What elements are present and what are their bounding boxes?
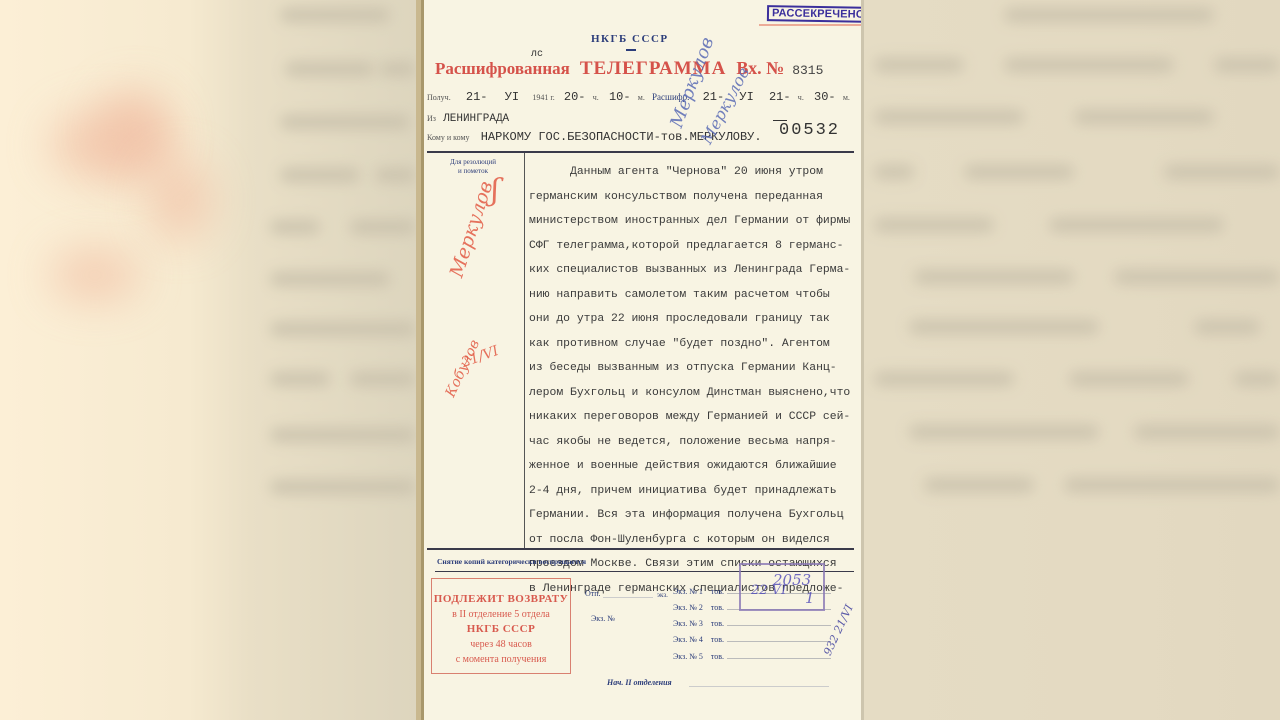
agency-header: НКГБ СССР <box>591 33 669 45</box>
body-line: ких специалистов вызванных из Ленинграда… <box>529 258 864 283</box>
blurred-text-line <box>874 218 994 232</box>
department-chief-label: Нач. II отделения <box>607 678 672 687</box>
copy-prohibited-notice: Снятие копий категорически воспрещается <box>437 557 586 566</box>
blurred-text-line <box>350 220 416 234</box>
blurred-text-line <box>1134 425 1280 439</box>
blurred-text-line <box>874 372 1014 386</box>
blurred-background-left <box>0 0 416 720</box>
body-line: лером Бухгольц и консулом Динстман выясн… <box>529 381 864 406</box>
copy-label: Экз. № 3 <box>673 619 703 628</box>
printed-copies-label: экз. <box>657 591 668 599</box>
blurred-text-line <box>964 165 1074 179</box>
signature-line <box>689 686 829 687</box>
resolution-margin: Для резолюций и пометок Меркулов ʃ Кобул… <box>421 153 525 548</box>
return-stamp-line: НКГБ СССР <box>432 622 570 637</box>
body-line: Германии. Вся эта информация получена Бу… <box>529 503 864 528</box>
red-handwritten-resolution: Меркулов <box>446 188 495 280</box>
blurred-text-line <box>270 372 330 386</box>
from-value: ЛЕНИНГРАДА <box>443 113 509 125</box>
hour-label: ч. <box>593 93 599 102</box>
registration-stamp-mark: 1 <box>805 589 815 607</box>
body-line: они до утра 22 июня проследовали границу… <box>529 307 864 332</box>
body-line: как противном случае "будет поздно". Аге… <box>529 332 864 357</box>
from-row: Из ЛЕНИНГРАДА <box>427 111 509 125</box>
body-line: из беседы вызванным из отпуска Германии … <box>529 356 864 381</box>
body-line: 2-4 дня, причем инициатива будет принадл… <box>529 479 864 504</box>
blurred-text-line <box>874 58 964 72</box>
return-stamp: ПОДЛЕЖИТ ВОЗВРАТУ в II отделение 5 отдел… <box>431 578 571 674</box>
incoming-number: 8315 <box>792 63 823 78</box>
body-line: никаких переговоров между Германией и СС… <box>529 405 864 430</box>
blurred-text-line <box>1164 165 1280 179</box>
blurred-text-line <box>270 220 320 234</box>
copy-recipient-label: тов. <box>711 652 724 661</box>
return-stamp-line: с момента получения <box>432 652 570 667</box>
blurred-text-line <box>1214 58 1280 72</box>
blurred-text-line <box>285 62 375 76</box>
received-day: 21- <box>466 90 488 104</box>
blurred-red-mark <box>100 90 170 170</box>
body-line: час якобы не ведется, положение весьма н… <box>529 430 864 455</box>
blurred-text-line <box>270 428 416 442</box>
blurred-text-line <box>1004 58 1174 72</box>
blurred-text-line <box>914 270 1074 284</box>
copy-recipient-label: тов. <box>711 603 724 612</box>
body-line: женное и военные действия ожидаются ближ… <box>529 454 864 479</box>
blurred-text-line <box>380 62 416 76</box>
copy-label: Экз. № 5 <box>673 652 703 661</box>
blurred-text-line <box>280 168 360 182</box>
telegram-document: РАССЕКРЕЧЕНО НКГБ СССР лс Расшифрованная… <box>416 0 864 720</box>
fill-line <box>727 658 831 659</box>
divider <box>626 49 636 51</box>
margin-label-line: Для резолюций <box>435 158 511 167</box>
fill-line <box>727 641 831 642</box>
decrypted-hour: 21- <box>769 90 791 104</box>
body-line: нию направить самолетом таким расчетом ч… <box>529 283 864 308</box>
body-bottom-divider <box>427 548 854 550</box>
blurred-text-line <box>909 320 1099 334</box>
registration-stamp: 2053 22 VI 1 <box>739 563 825 611</box>
blurred-text-line <box>280 8 390 22</box>
declassified-underline <box>759 24 863 26</box>
copy-number-label: Экз. № <box>591 614 615 623</box>
blurred-text-line <box>909 425 1099 439</box>
blurred-text-line <box>924 478 1034 492</box>
blurred-text-line <box>375 168 416 182</box>
blurred-text-line <box>1194 320 1260 334</box>
blurred-text-line <box>1074 110 1214 124</box>
blurred-text-line <box>270 272 390 286</box>
blurred-text-line <box>1004 8 1214 22</box>
telegram-body: Данным агента "Чернова" 20 июня утром ге… <box>529 160 864 601</box>
from-label: Из <box>427 114 436 123</box>
copy-row: Экз. № 3 тов. <box>673 619 853 628</box>
copy-label: Экз. № 4 <box>673 635 703 644</box>
received-hour: 20- <box>564 90 586 104</box>
document-title: Расшифрованная ТЕЛЕГРАММА Вх. № 8315 <box>435 58 823 80</box>
registration-stamp-date: 22 VI <box>751 583 786 598</box>
margin-label: Для резолюций и пометок <box>435 158 511 176</box>
received-row: Получ. 21- УI 1941 г. 20- ч. 10- м. Расш… <box>427 90 850 104</box>
registration-number: 00532 <box>779 121 840 140</box>
return-stamp-line: через 48 часов <box>432 637 570 652</box>
blurred-red-mark <box>150 160 210 240</box>
blurred-text-line <box>1234 372 1280 386</box>
blurred-text-line <box>1064 478 1280 492</box>
decrypted-minute: 30- <box>814 90 836 104</box>
received-year: 1941 г. <box>532 93 554 102</box>
title-prefix: Расшифрованная <box>435 59 570 78</box>
copy-label: Экз. № 2 <box>673 603 703 612</box>
fill-line <box>603 597 653 598</box>
return-stamp-line: в II отделение 5 отдела <box>432 607 570 622</box>
blurred-text-line <box>1069 372 1189 386</box>
blurred-text-line <box>1049 218 1224 232</box>
copy-recipient-label: тов. <box>711 635 724 644</box>
blurred-text-line <box>280 115 410 129</box>
blurred-text-line <box>270 480 416 494</box>
copy-label: Экз. № 1 <box>673 587 703 596</box>
printed-label: Отп. <box>585 589 601 598</box>
return-stamp-line: ПОДЛЕЖИТ ВОЗВРАТУ <box>432 592 570 607</box>
blurred-text-line <box>350 372 416 386</box>
body-line: СФГ телеграмма,которой предлагается 8 ге… <box>529 234 864 259</box>
red-handwritten-mark: ʃ <box>491 173 499 208</box>
declassified-stamp: РАССЕКРЕЧЕНО <box>767 5 864 23</box>
margin-label-line: и пометок <box>435 167 511 176</box>
blurred-text-line <box>270 322 416 336</box>
fill-line <box>727 625 831 626</box>
copy-recipient-label: тов. <box>711 587 724 596</box>
body-line: министерством иностранных дел Германии о… <box>529 209 864 234</box>
blurred-text-line <box>874 110 1024 124</box>
body-line: германским консульством получена передан… <box>529 185 864 210</box>
minute-label: м. <box>638 93 645 102</box>
hour-label: ч. <box>798 93 804 102</box>
received-month: УI <box>505 90 519 104</box>
blurred-background-right <box>864 0 1280 720</box>
blurred-red-mark <box>50 250 140 300</box>
to-label: Кому и кому <box>427 133 470 142</box>
received-label: Получ. <box>427 93 451 102</box>
copy-recipient-label: тов. <box>711 619 724 628</box>
body-line: Данным агента "Чернова" 20 июня утром <box>529 160 864 185</box>
received-minute: 10- <box>609 90 631 104</box>
blurred-text-line <box>1114 270 1280 284</box>
blurred-text-line <box>874 165 914 179</box>
minute-label: м. <box>843 93 850 102</box>
